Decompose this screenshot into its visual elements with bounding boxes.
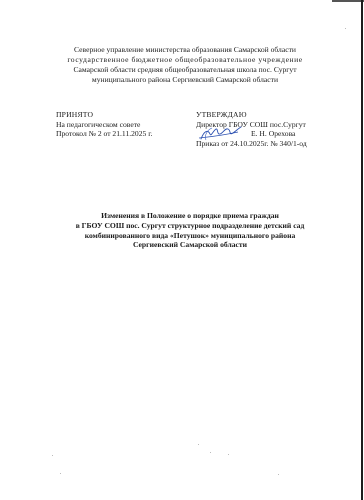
accepted-title: ПРИНЯТО [56,110,152,120]
title-line: Изменения в Положение о порядке приема г… [60,211,320,221]
scan-speck [228,454,229,455]
approved-title: УТВЕРЖДАЮ [196,110,307,120]
scan-speck [52,455,53,456]
header-line: государственное бюджетное общеобразовате… [40,55,330,65]
accepted-protocol: Протокол № 2 от 21.11.2025 г. [56,129,152,139]
header-line: муниципального района Сергиевский Самарс… [40,75,330,85]
document-page: Северное управление министерства образов… [0,0,364,500]
title-line: комбинированного вида «Петушок» муниципа… [60,231,320,241]
title-line: Сергиевский Самарской области [60,240,320,250]
signatory-name: Е. Н. Орехова [251,129,295,139]
header-line: Самарской области средняя общеобразовате… [40,65,330,75]
accepted-council: На педагогическом совете [56,120,152,130]
scan-speck [198,444,199,445]
scan-speck [345,28,346,29]
signature-row: Е. Н. Орехова [196,129,307,139]
scan-edge-right [361,0,363,500]
scan-edge-top [332,0,364,2]
approved-block: УТВЕРЖДАЮ Директор ГБОУ СОШ пос.Сургут Е… [196,110,307,148]
accepted-block: ПРИНЯТО На педагогическом совете Протоко… [56,110,152,139]
document-title: Изменения в Положение о порядке приема г… [60,211,320,250]
signature-icon [198,125,242,143]
title-line: в ГБОУ СОШ пос. Сургут структурное подра… [60,221,320,231]
scan-speck [210,452,211,453]
organization-header: Северное управление министерства образов… [40,45,330,85]
scan-speck [60,473,61,474]
header-line: Северное управление министерства образов… [40,45,330,55]
scan-speck [278,474,279,475]
